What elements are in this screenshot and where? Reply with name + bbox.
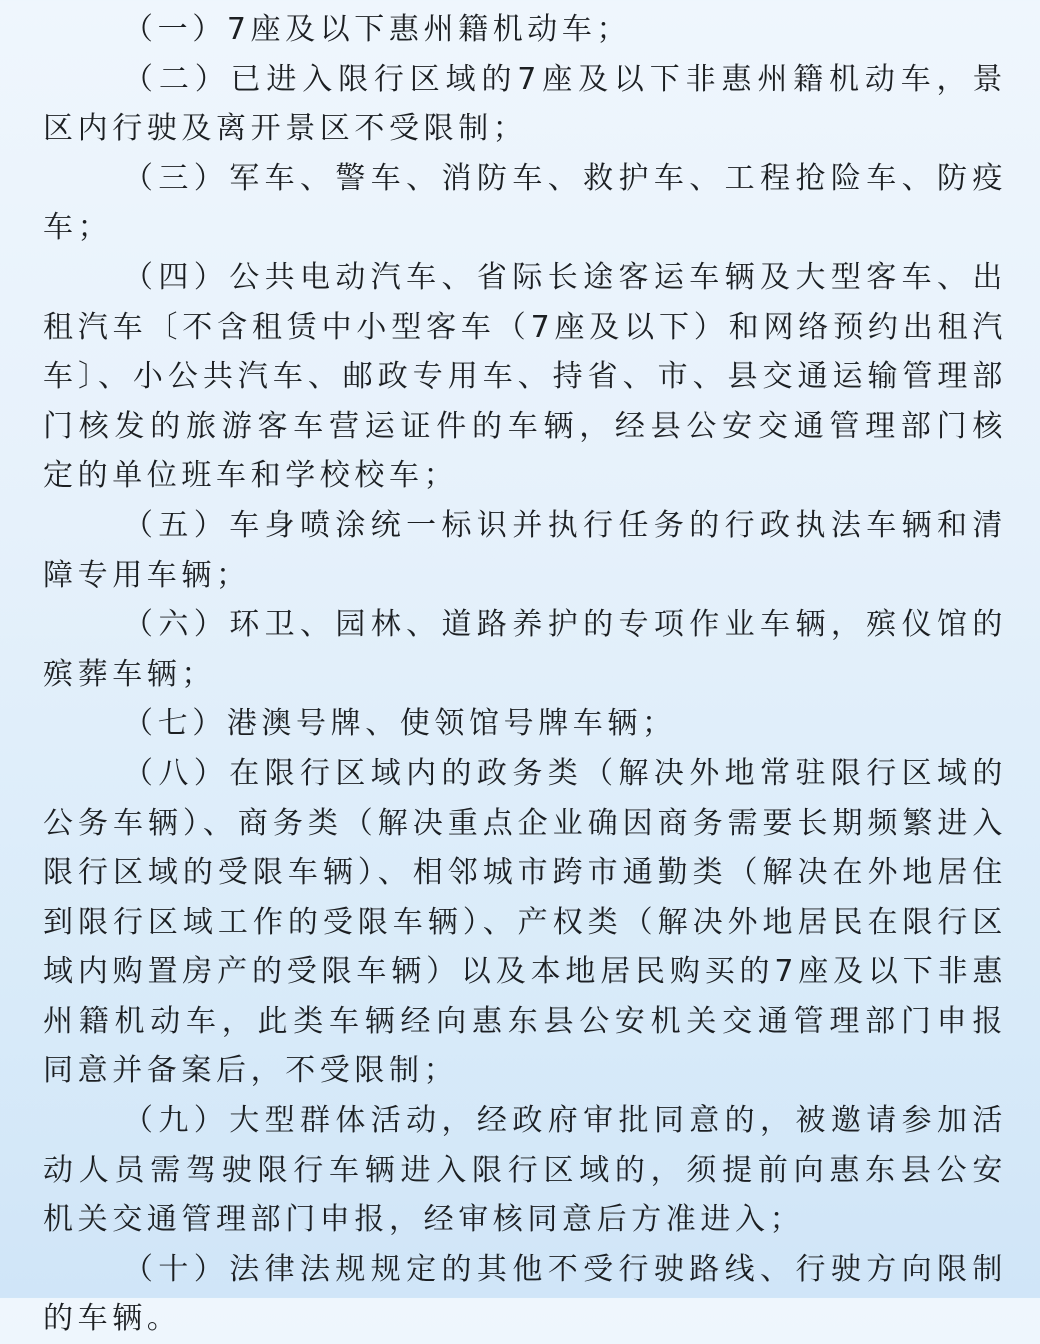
list-item-5: （五）车身喷涂统一标识并执行任务的行政执法车辆和清障专用车辆；: [43, 501, 1007, 600]
item-marker: （九）: [123, 1103, 229, 1138]
item-marker: （七）: [123, 706, 227, 741]
list-item-7: （七）港澳号牌、使领馆号牌车辆；: [43, 699, 1007, 749]
list-item-4: （四）公共电动汽车、省际长途客运车辆及大型客车、出租汽车〔不含租赁中小型客车（7…: [43, 253, 1007, 501]
item-marker: （五）: [123, 508, 229, 543]
item-marker: （二）: [123, 62, 231, 97]
item-marker: （六）: [123, 607, 229, 642]
item-text: 在限行区域内的政务类（解决外地常驻限行区域的公务车辆）、商务类（解决重点企业确因…: [43, 756, 1007, 1089]
list-item-2: （二）已进入限行区域的7座及以下非惠州籍机动车，景区内行驶及离开景区不受限制；: [43, 55, 1007, 154]
item-text: 港澳号牌、使领馆号牌车辆；: [227, 706, 677, 741]
item-marker: （八）: [123, 756, 229, 791]
list-item-9: （九）大型群体活动，经政府审批同意的，被邀请参加活动人员需驾驶限行车辆进入限行区…: [43, 1096, 1007, 1245]
item-marker: （一）: [123, 12, 227, 47]
list-item-8: （八）在限行区域内的政务类（解决外地常驻限行区域的公务车辆）、商务类（解决重点企…: [43, 749, 1007, 1096]
item-marker: （三）: [123, 161, 229, 196]
item-marker: （四）: [123, 260, 229, 295]
item-marker: （十）: [123, 1252, 229, 1287]
list-item-6: （六）环卫、园林、道路养护的专项作业车辆，殡仪馆的殡葬车辆；: [43, 600, 1007, 699]
item-text: 7座及以下惠州籍机动车；: [227, 12, 631, 47]
list-item-10: （十）法律法规规定的其他不受行驶路线、行驶方向限制的车辆。: [43, 1245, 1007, 1298]
list-item-1: （一）7座及以下惠州籍机动车；: [43, 5, 1007, 55]
list-item-3: （三）军车、警车、消防车、救护车、工程抢险车、防疫车；: [43, 154, 1007, 253]
document-body: （一）7座及以下惠州籍机动车； （二）已进入限行区域的7座及以下非惠州籍机动车，…: [43, 5, 1007, 1298]
